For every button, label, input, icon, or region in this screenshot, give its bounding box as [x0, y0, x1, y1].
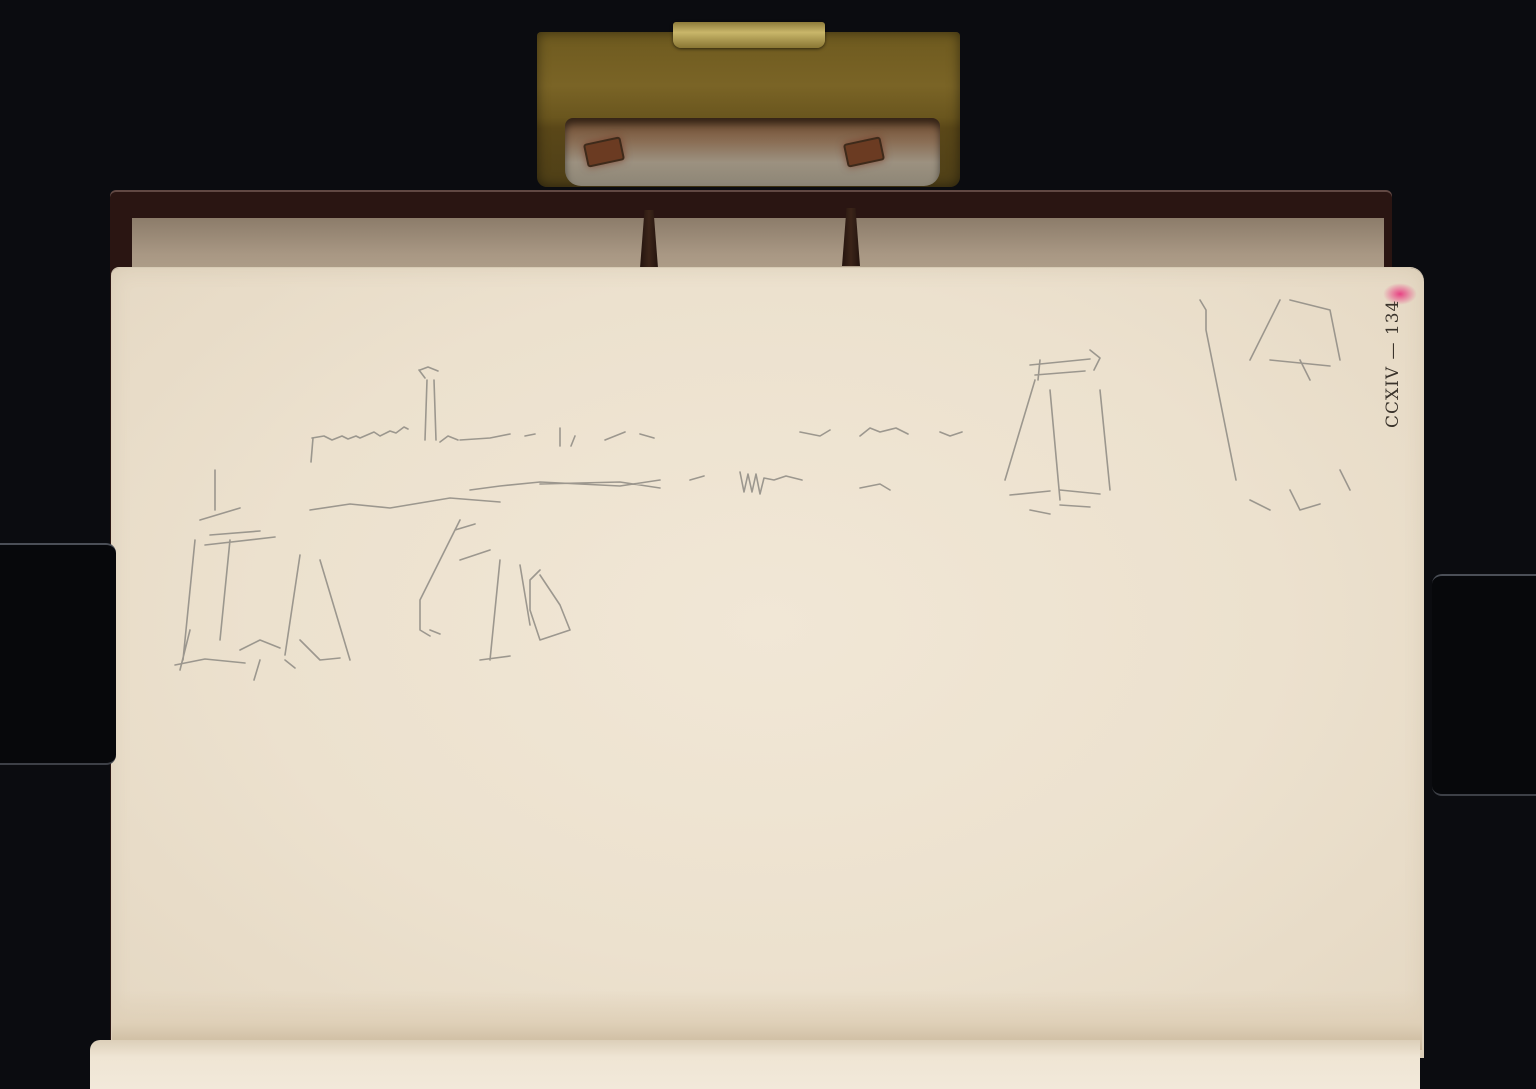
elastic-band-left	[0, 543, 116, 765]
elastic-band-right	[1432, 574, 1536, 796]
mast-and-sail-far-right	[1200, 300, 1350, 510]
sail-study-right	[1005, 350, 1110, 514]
sailing-boats-centre	[420, 520, 570, 660]
pencil-sketches	[0, 0, 1536, 1089]
sailing-boats-left	[175, 470, 350, 680]
catalog-number: CCXIV — 134	[1383, 300, 1403, 460]
shoreline-with-lighthouse	[311, 367, 962, 462]
